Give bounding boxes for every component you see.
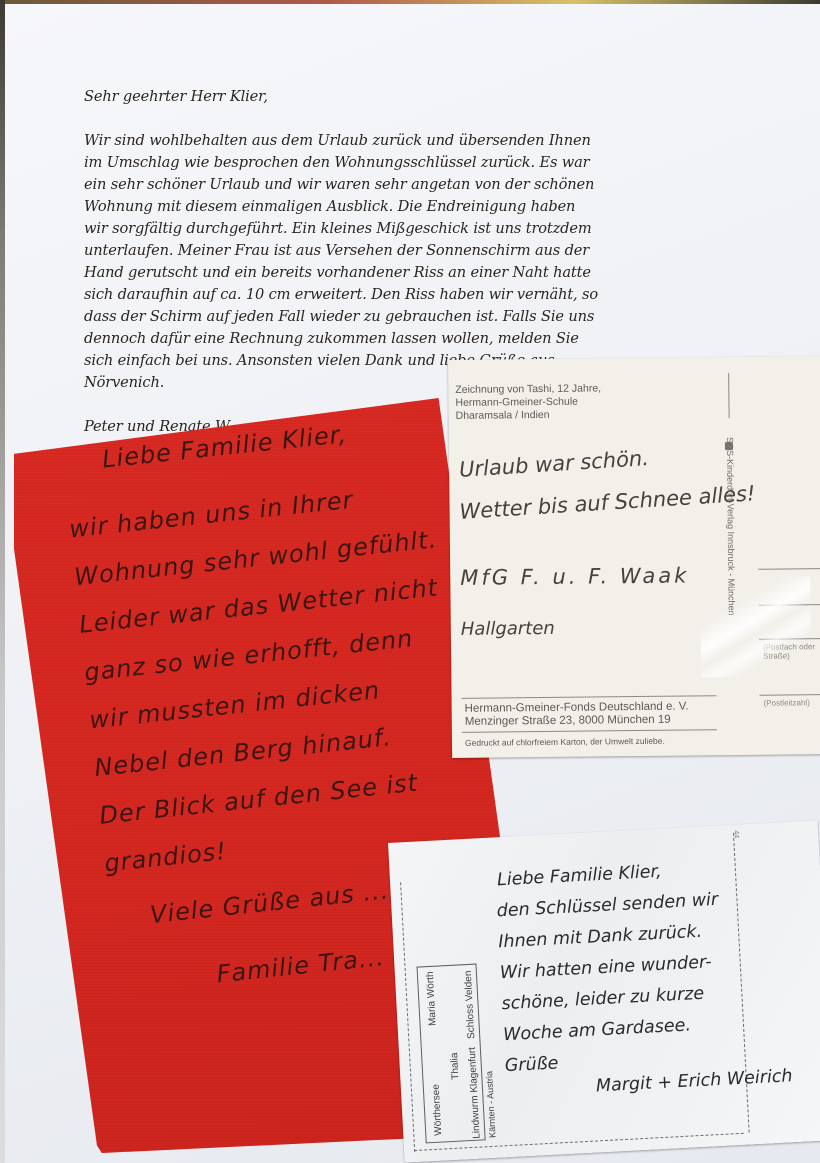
footer-rule [462,695,717,699]
letter-line: sich daraufhin auf ca. 10 cm erweitert. … [84,284,764,306]
postcard-caption: Zeichnung von Tashi, 12 Jahre, Hermann-G… [455,382,601,423]
address-line [760,694,820,696]
letter-line: dennoch dafür eine Rechnung zukommen las… [84,328,764,350]
caption-line: Zeichnung von Tashi, 12 Jahre, [455,382,601,397]
dashed-border [400,882,415,1152]
sos-postcard: Zeichnung von Tashi, 12 Jahre, Hermann-G… [448,356,820,758]
letter-salutation: Sehr geehrter Herr Klier, [84,86,764,108]
address-label: (Postleitzahl) [764,698,810,707]
letter-line: Wir sind wohlbehalten aus dem Urlaub zur… [84,130,764,152]
letter-line: ein sehr schöner Urlaub und wir waren se… [84,174,764,196]
postcard-footer: Hermann-Gmeiner-Fonds Deutschland e. V. … [465,701,689,729]
letter-line: wir sorgfältig durchgeführt. Ein kleines… [84,218,764,240]
place-label: Kärnten - Austria [484,1071,497,1138]
postcard-footnote: Gedruckt auf chlorfreiem Karton, der Umw… [465,736,665,748]
letter-line: im Umschlag wie besprochen den Wohnungss… [84,152,764,174]
letter-line: dass der Schirm auf jeden Fall wieder zu… [84,306,764,328]
postcard-divider [728,373,729,418]
card-number: 44 [732,830,739,838]
letter-line: unterlaufen. Meiner Frau ist aus Versehe… [84,240,764,262]
caption-line: Dharamsala / Indien [456,408,602,423]
scan-edge-left [0,0,5,1163]
place-label: Thalia [449,1052,461,1080]
letter-line: Wohnung mit diesem einmaligen Ausblick. … [84,196,764,218]
woerthersee-postcard: 44 Maria Wörth Schloss Velden Thalia Wör… [388,820,820,1162]
letter-line: Hand gerutscht und ein bereits vorhanden… [84,262,764,284]
postcard-crease [700,576,811,677]
footer-line: Menzinger Straße 23, 8000 München 19 [465,713,689,728]
woerthersee-postcard-handwriting: Liebe Familie Klier, den Schlüssel sende… [494,849,820,1107]
footer-rule [462,729,717,733]
